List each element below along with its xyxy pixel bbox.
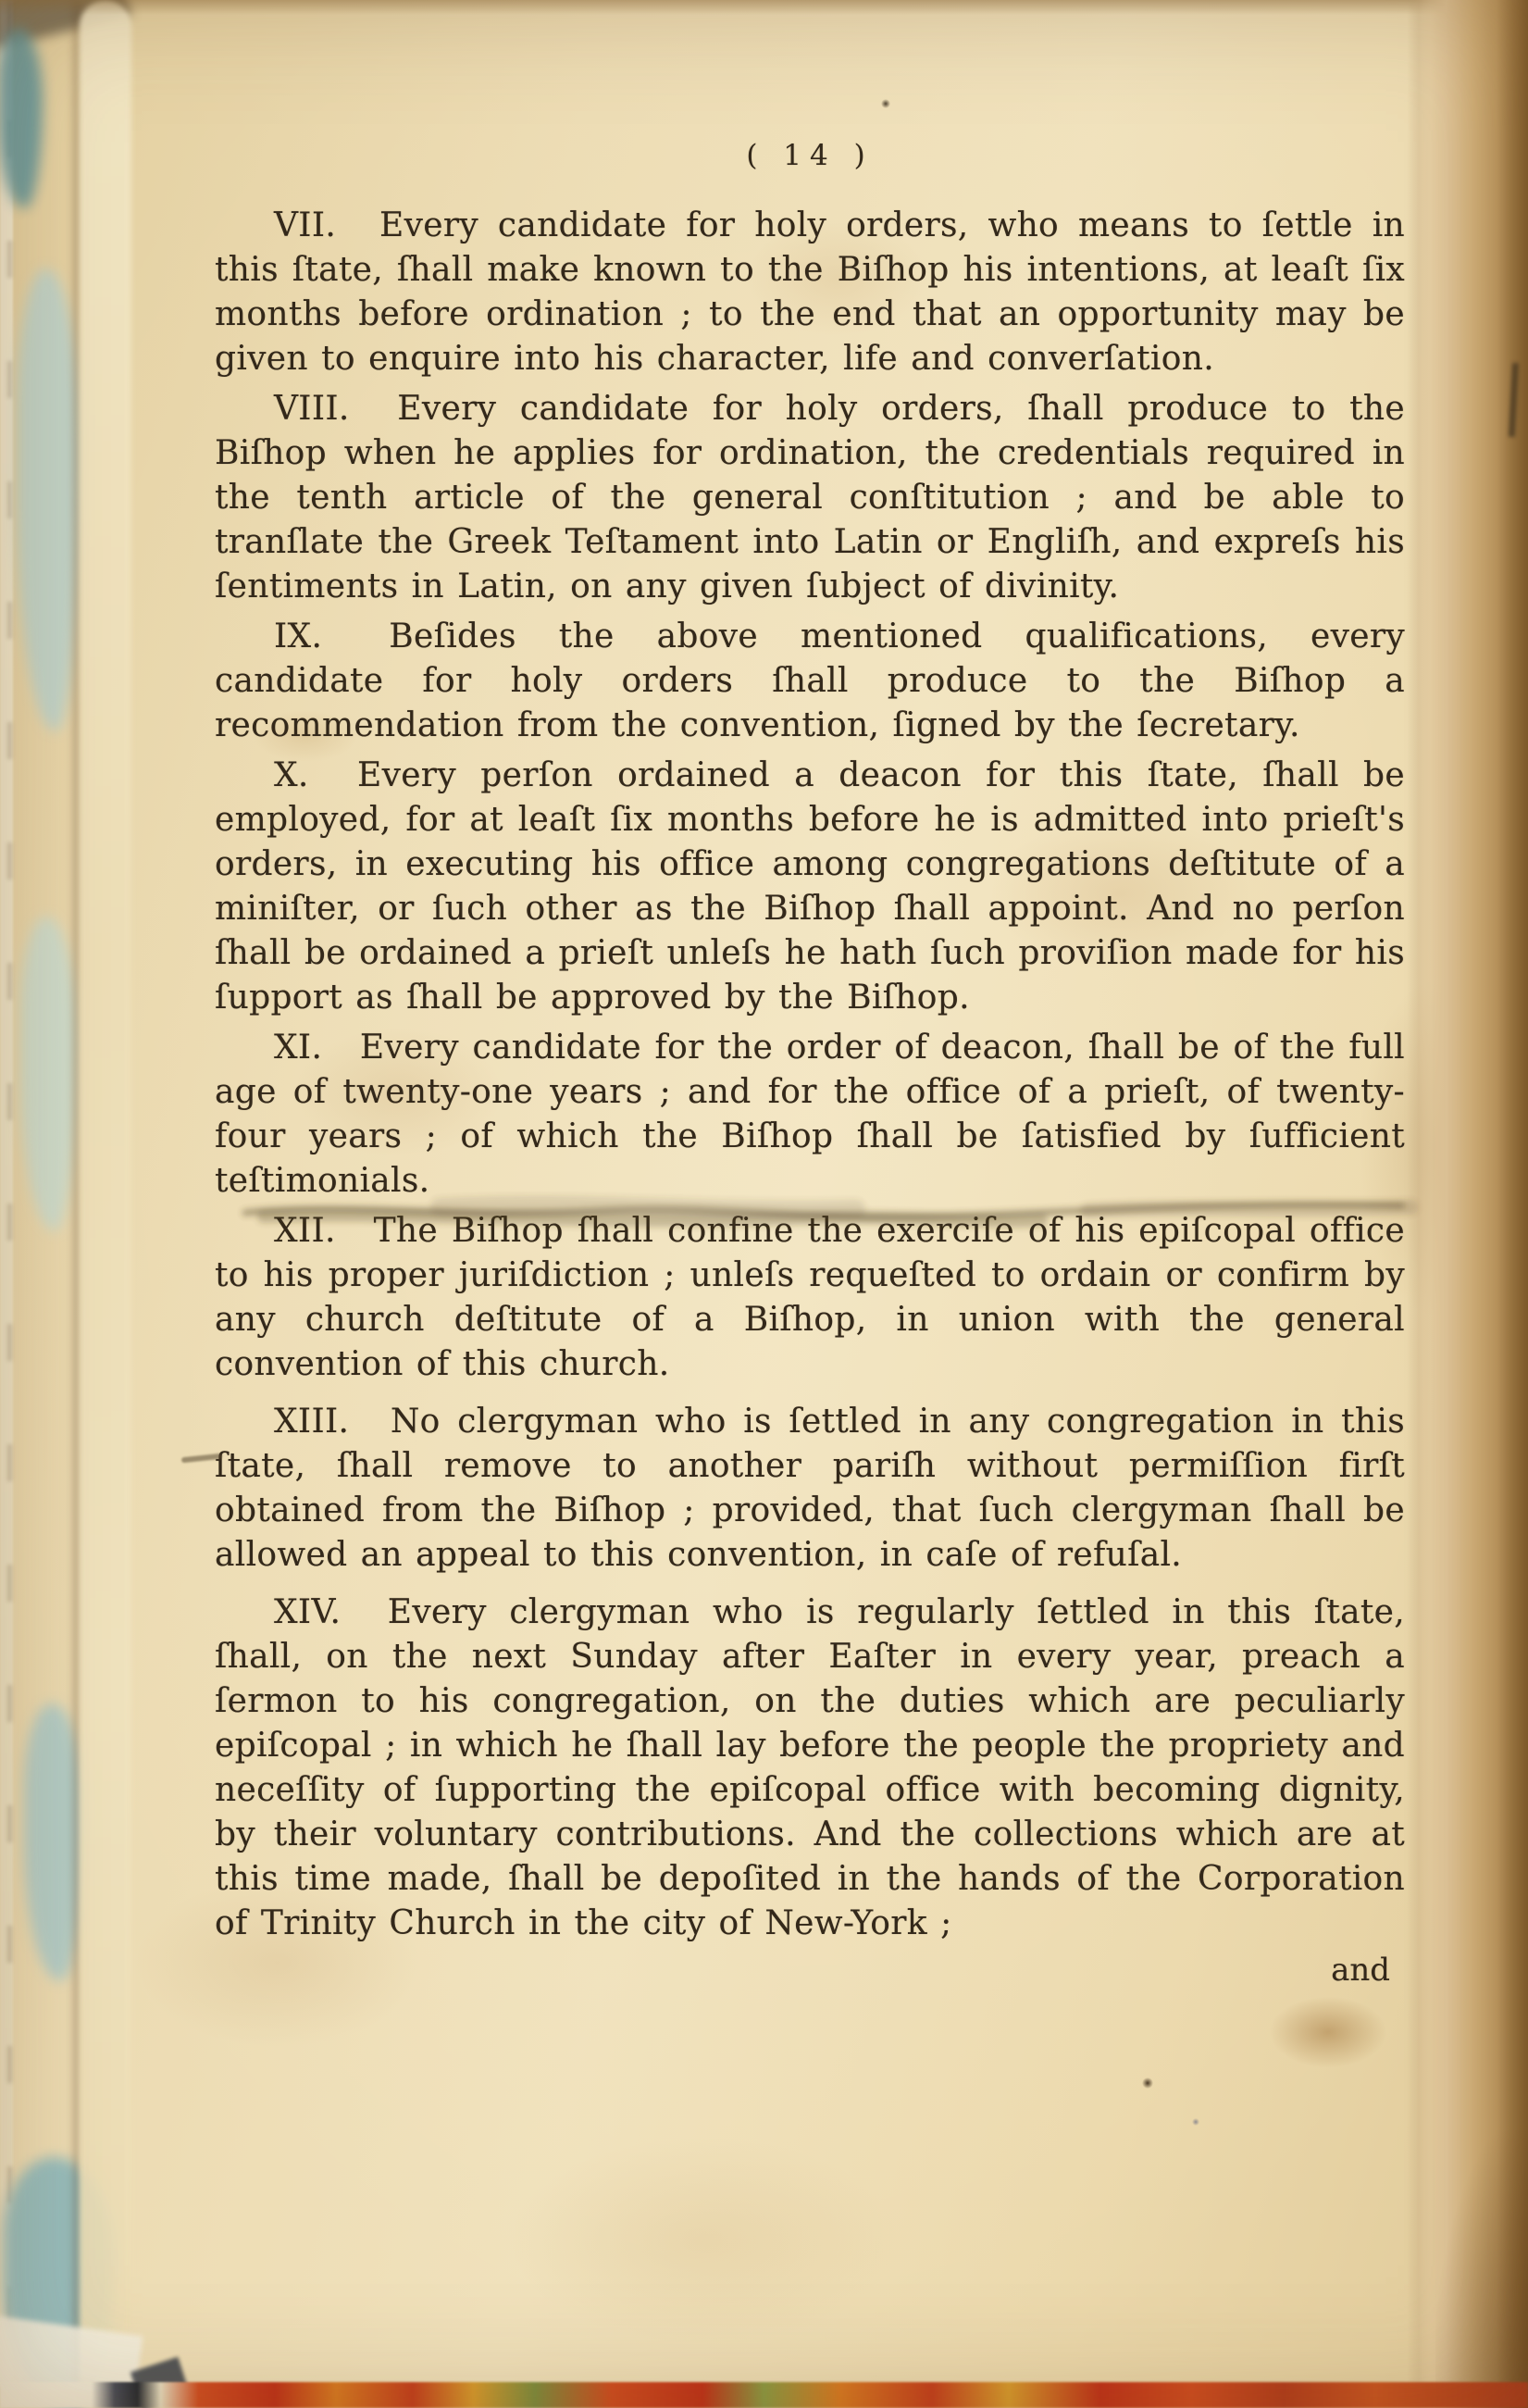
blue-edge-patch: [4, 2157, 115, 2408]
article-body: Every candidate for holy orders, ſhall p…: [215, 390, 1405, 605]
article-numeral: XIV.: [274, 1593, 341, 1631]
marbled-book-edge: [0, 2382, 1528, 2408]
page-content: ( 14 ) VII. Every candidate for holy ord…: [215, 139, 1405, 1989]
article-numeral: VIII.: [274, 390, 350, 428]
dark-edge-mark: [130, 2357, 190, 2408]
deckle-edge: [80, 0, 131, 2408]
article-viii: VIII. Every candidate for holy orders, ſ…: [215, 387, 1405, 609]
article-numeral: XIII.: [274, 1403, 349, 1441]
scanned-page: ( 14 ) VII. Every candidate for holy ord…: [0, 0, 1528, 2408]
article-body: Every candidate for the order of deacon,…: [215, 1029, 1405, 1200]
article-xiii: XIII. No clergyman who is ſettled in any…: [215, 1400, 1405, 1578]
article-x: X. Every perſon ordained a deacon for th…: [215, 754, 1405, 1020]
fore-edge-shadow: [1497, 0, 1528, 2408]
article-xii: XII. The Biſhop ſhall confine the exerci…: [215, 1209, 1405, 1387]
article-body: No clergyman who is ſettled in any congr…: [215, 1403, 1405, 1574]
article-numeral: XII.: [274, 1212, 336, 1250]
article-ix: IX. Beſides the above mentioned qualific…: [215, 615, 1405, 748]
blue-edge-patch: [20, 917, 78, 1231]
edge-crease-marks: [7, 0, 12, 2408]
article-numeral: XI.: [274, 1029, 322, 1067]
top-left-shadow: [0, 0, 131, 50]
article-vii: VII. Every candidate for holy orders, wh…: [215, 204, 1405, 381]
deckle-shadow: [72, 0, 81, 2408]
page-number: ( 14 ): [215, 139, 1405, 172]
article-body: Every candidate for holy orders, who mea…: [215, 206, 1405, 378]
article-numeral: IX.: [274, 618, 322, 655]
blue-edge-patch: [17, 268, 81, 731]
article-body: Every clergyman who is regularly ſettled…: [215, 1593, 1405, 1942]
bottom-right-stain: [1435, 2130, 1528, 2408]
article-numeral: X.: [274, 756, 309, 794]
bottom-left-tear: [0, 2315, 143, 2405]
article-body: Every perſon ordained a deacon for this …: [215, 756, 1405, 1017]
torn-edge-highlight: [0, 0, 13, 2408]
page-edge-right: [1408, 0, 1528, 2408]
blue-edge-patch: [24, 1703, 85, 1981]
article-body: The Biſhop ſhall confine the exerciſe of…: [215, 1212, 1405, 1383]
page-edge-top: [0, 0, 1528, 15]
paper-fold-shadow: [1407, 0, 1431, 2408]
article-body: Beſides the above mentioned qualificatio…: [215, 618, 1405, 744]
article-numeral: VII.: [274, 206, 336, 244]
page-edge-left: [0, 0, 171, 2408]
article-xiv: XIV. Every clergyman who is regularly ſe…: [215, 1591, 1405, 1946]
edge-ink-mark: [1509, 363, 1519, 437]
article-xi: XI. Every candidate for the order of dea…: [215, 1026, 1405, 1204]
blue-edge-patch: [0, 28, 43, 208]
catchword: and: [215, 1952, 1405, 1989]
